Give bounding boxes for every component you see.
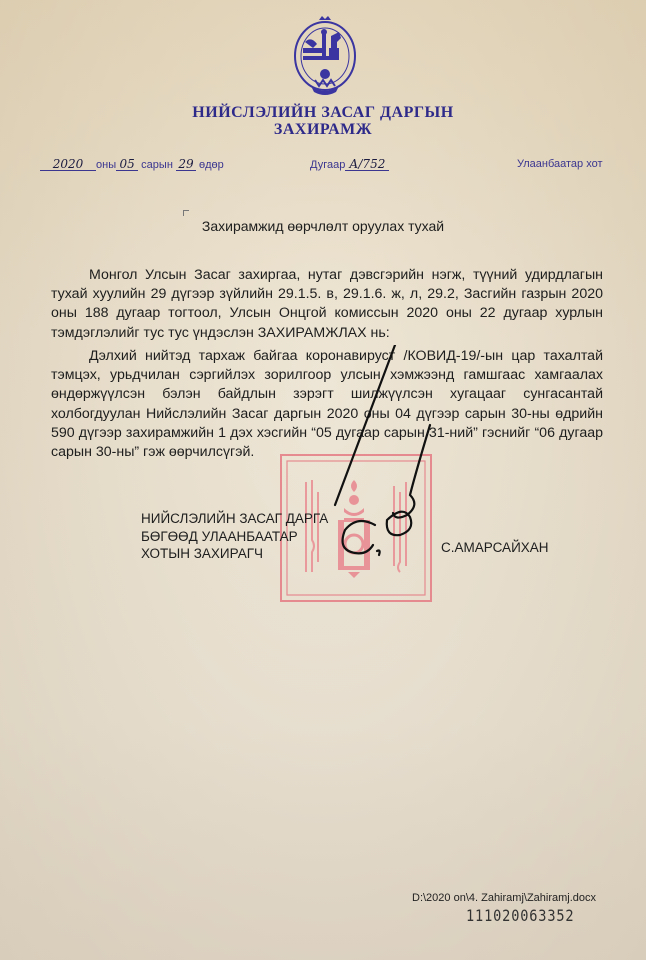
body-paragraph-1-text: Монгол Улсын Засаг захиргаа, нутаг дэвсг… <box>51 266 603 343</box>
file-path: D:\2020 on\4. Zahiramj\Zahiramj.docx <box>412 892 596 904</box>
signatory-title-line-2: БӨГӨӨД УЛААНБААТАР <box>141 528 328 546</box>
date-day: 29 <box>176 158 196 171</box>
document-subject: Захирамжид өөрчлөлт оруулах тухай <box>0 218 646 234</box>
place: Улаанбаатар хот <box>517 158 603 170</box>
number-label: Дугаар <box>310 159 345 171</box>
letterhead-org-name: НИЙСЛЭЛИЙН ЗАСАГ ДАРГЫН <box>0 104 646 122</box>
document-number-field: ДугаарА/752 <box>310 158 389 171</box>
signatory-title-line-1: НИЙСЛЭЛИЙН ЗАСАГ ДАРГА <box>141 510 328 528</box>
signatory-name: С.АМАРСАЙХАН <box>441 540 549 555</box>
date-field: 2020оны05 сарын 29 өдөр <box>40 158 224 171</box>
mongolia-state-emblem-icon <box>289 14 361 102</box>
signature-icon <box>315 345 435 565</box>
number-value: А/752 <box>345 158 389 171</box>
registration-number: 111020063352 <box>466 906 574 925</box>
date-year: 2020 <box>40 158 96 171</box>
signatory-title: НИЙСЛЭЛИЙН ЗАСАГ ДАРГА БӨГӨӨД УЛААНБААТА… <box>141 510 328 563</box>
date-month-suffix: сарын <box>141 159 173 171</box>
subject-corner-mark <box>183 210 189 216</box>
letterhead-doc-type: ЗАХИРАМЖ <box>0 121 646 139</box>
date-day-suffix: өдөр <box>199 159 224 171</box>
date-year-suffix: оны <box>96 159 116 171</box>
signatory-title-line-3: ХОТЫН ЗАХИРАГЧ <box>141 545 328 563</box>
body-paragraph-1: Монгол Улсын Засаг захиргаа, нутаг дэвсг… <box>51 266 603 343</box>
date-month: 05 <box>116 158 138 171</box>
